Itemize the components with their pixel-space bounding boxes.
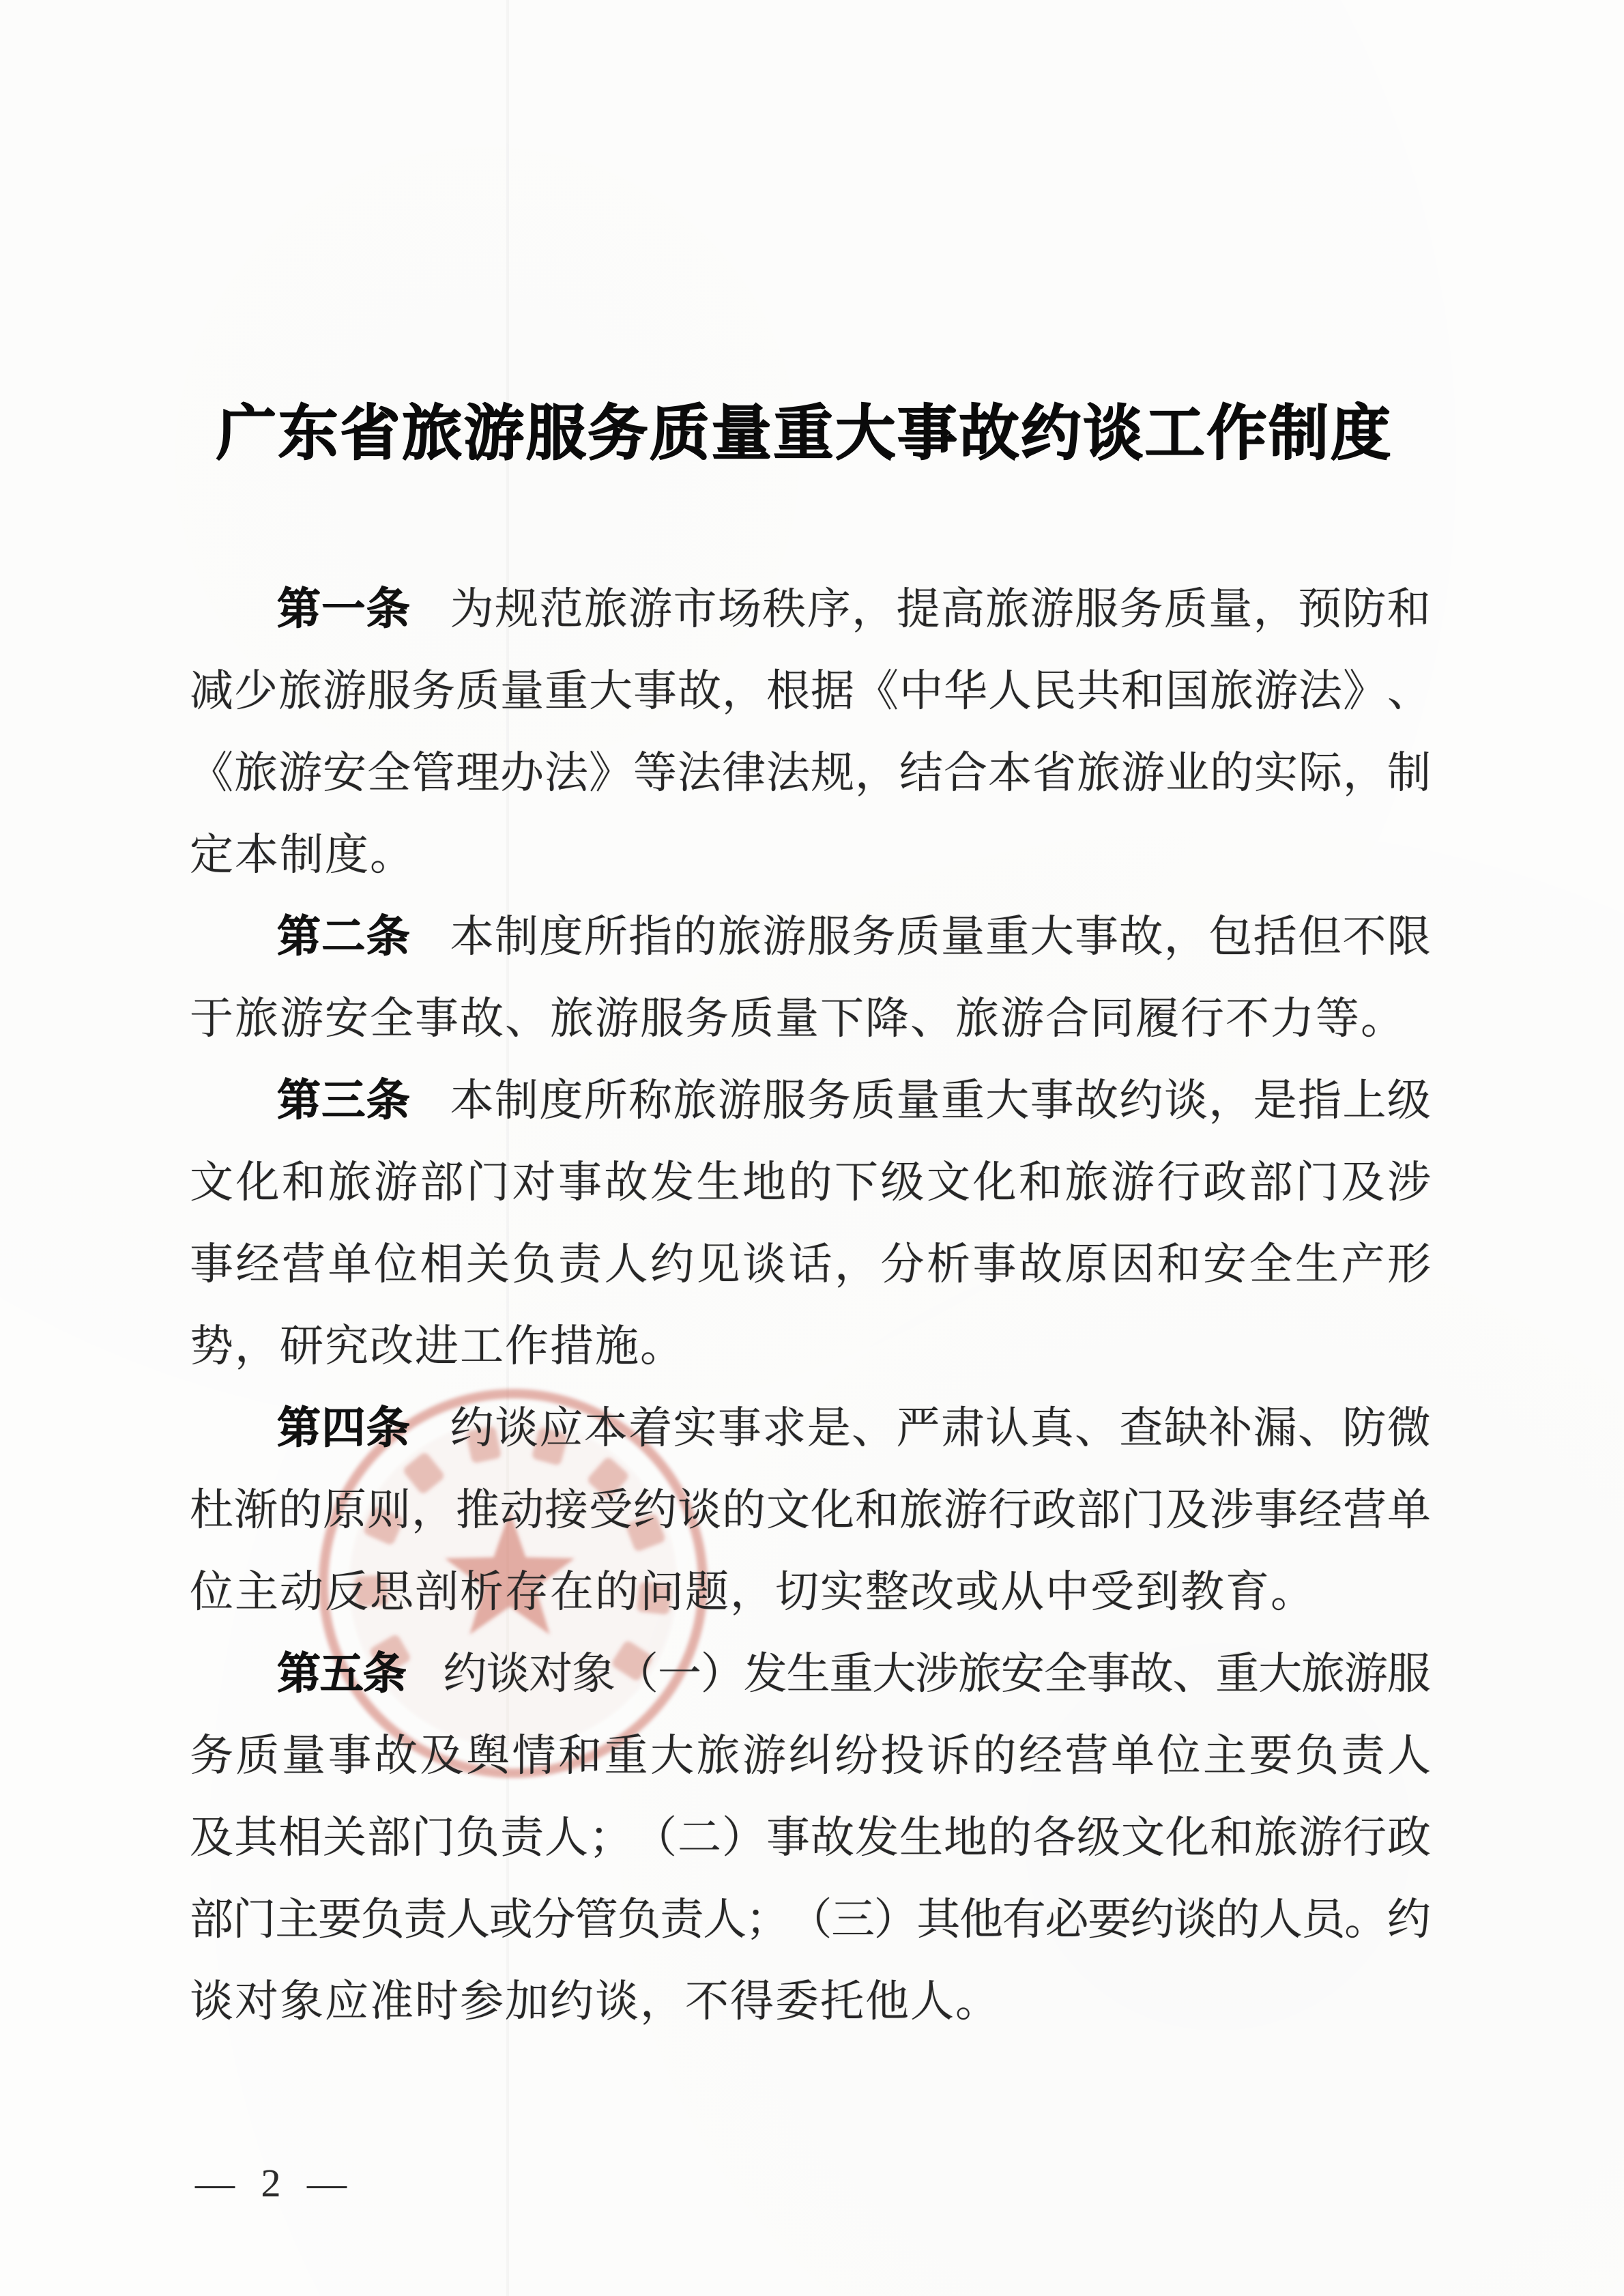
- document-body: 第一条为规范旅游市场秩序，提高旅游服务质量，预防和 减少旅游服务质量重大事故，根…: [190, 564, 1430, 2039]
- body-line: 部门主要负责人或分管负责人；（三）其他有必要约谈的人员。约: [190, 1875, 1430, 1957]
- body-line: 第一条为规范旅游市场秩序，提高旅游服务质量，预防和: [190, 564, 1430, 646]
- body-line: 事经营单位相关负责人约见谈话，分析事故原因和安全生产形: [190, 1220, 1430, 1302]
- body-line: 文化和旅游部门对事故发生地的下级文化和旅游行政部门及涉: [190, 1138, 1430, 1220]
- body-line: 定本制度。: [190, 810, 1430, 892]
- body-line: 及其相关部门负责人；（二）事故发生地的各级文化和旅游行政: [190, 1793, 1430, 1875]
- body-line: 谈对象应准时参加约谈，不得委托他人。: [190, 1957, 1430, 2039]
- body-line: 务质量事故及舆情和重大旅游纠纷投诉的经营单位主要负责人: [190, 1711, 1430, 1793]
- body-line: 《旅游安全管理办法》等法律法规，结合本省旅游业的实际，制: [190, 728, 1430, 810]
- body-line: 于旅游安全事故、旅游服务质量下降、旅游合同履行不力等。: [190, 974, 1430, 1056]
- body-line: 位主动反思剖析存在的问题，切实整改或从中受到教育。: [190, 1547, 1430, 1629]
- body-line: 第五条约谈对象（一）发生重大涉旅安全事故、重大旅游服: [190, 1629, 1430, 1711]
- body-line: 杜渐的原则，推动接受约谈的文化和旅游行政部门及涉事经营单: [190, 1465, 1430, 1547]
- body-line: 第四条约谈应本着实事求是、严肃认真、查缺补漏、防微: [190, 1383, 1430, 1465]
- page-title: 广东省旅游服务质量重大事故约谈工作制度: [216, 394, 1373, 463]
- page-number: — 2 —: [195, 2160, 355, 2206]
- body-line: 第二条本制度所指的旅游服务质量重大事故，包括但不限: [190, 892, 1430, 974]
- document-page: 广东省旅游服务质量重大事故约谈工作制度 第一条为规范旅游市场秩序，提高旅游服务质…: [0, 0, 1624, 2296]
- body-line: 减少旅游服务质量重大事故，根据《中华人民共和国旅游法》、: [190, 646, 1430, 728]
- body-line: 第三条本制度所称旅游服务质量重大事故约谈，是指上级: [190, 1056, 1430, 1138]
- body-line: 势，研究改进工作措施。: [190, 1302, 1430, 1383]
